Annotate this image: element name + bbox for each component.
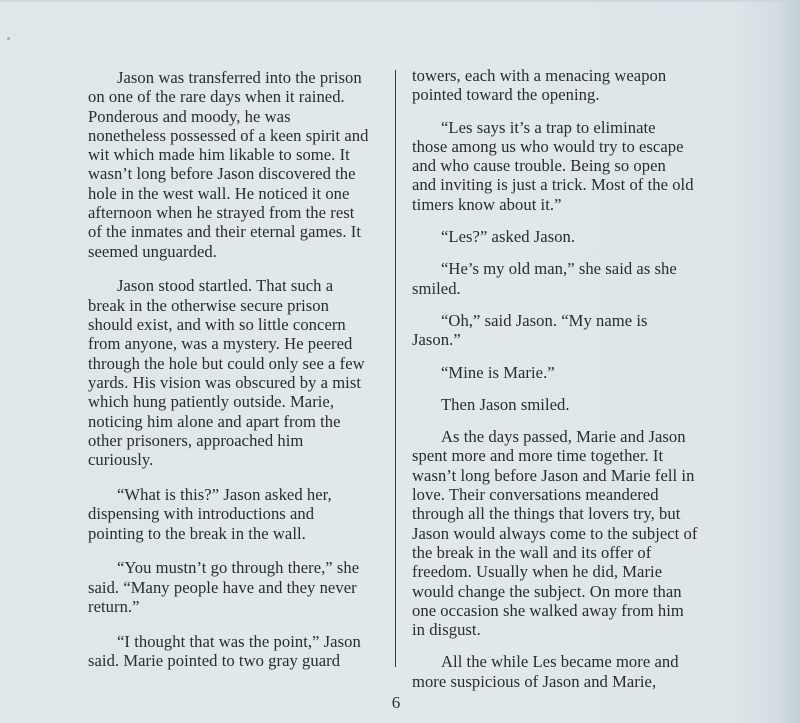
- text-line: through all the things that lovers try, …: [412, 504, 732, 523]
- text-line: through the hole but could only see a fe…: [88, 354, 388, 373]
- text-line: smiled.: [412, 279, 732, 298]
- column-divider: [395, 70, 396, 667]
- text-line: “Les says it’s a trap to eliminate: [412, 118, 732, 137]
- page-number: 6: [0, 693, 792, 713]
- paragraph: As the days passed, Marie and Jason spen…: [412, 427, 732, 639]
- text-line: wasn’t long before Jason discovered the: [88, 164, 388, 183]
- text-line: which hung patiently outside. Marie,: [88, 392, 388, 411]
- text-line: Jason was transferred into the prison: [88, 68, 388, 87]
- text-line: said. “Many people have and they never: [88, 578, 388, 597]
- paper-speck: [7, 37, 10, 40]
- text-line: All the while Les became more and: [412, 652, 732, 671]
- text-line: dispensing with introductions and: [88, 504, 388, 523]
- text-line: love. Their conversations meandered: [412, 485, 732, 504]
- text-line: “Les?” asked Jason.: [412, 227, 732, 246]
- paragraph: “Les?” asked Jason.: [412, 227, 732, 246]
- text-line: “You mustn’t go through there,” she: [88, 558, 388, 577]
- text-line: seemed unguarded.: [88, 242, 388, 261]
- text-line: should exist, and with so little concern: [88, 315, 388, 334]
- paragraph: Then Jason smiled.: [412, 395, 732, 414]
- text-line: afternoon when he strayed from the rest: [88, 203, 388, 222]
- text-line: wit which made him likable to some. It: [88, 145, 388, 164]
- paragraph: “What is this?” Jason asked her, dispens…: [88, 485, 388, 543]
- text-line: said. Marie pointed to two gray guard: [88, 651, 388, 670]
- paragraph: “Les says it’s a trap to eliminate those…: [412, 118, 732, 214]
- text-line: “Mine is Marie.”: [412, 363, 732, 382]
- text-line: on one of the rare days when it rained.: [88, 87, 388, 106]
- text-line: from anyone, was a mystery. He peered: [88, 334, 388, 353]
- text-line: “What is this?” Jason asked her,: [88, 485, 388, 504]
- text-line: towers, each with a menacing weapon: [412, 66, 732, 85]
- text-line: the break in the wall and its offer of: [412, 543, 732, 562]
- left-column: Jason was transferred into the prison on…: [88, 68, 388, 670]
- text-line: one occasion she walked away from him: [412, 601, 732, 620]
- right-column: towers, each with a menacing weapon poin…: [412, 66, 732, 691]
- text-line: Then Jason smiled.: [412, 395, 732, 414]
- text-line: in disgust.: [412, 620, 732, 639]
- text-line: Ponderous and moody, he was: [88, 107, 388, 126]
- text-line: curiously.: [88, 450, 388, 469]
- text-line: return.”: [88, 597, 388, 616]
- book-page: Jason was transferred into the prison on…: [0, 0, 800, 723]
- paragraph-continuation: towers, each with a menacing weapon poin…: [412, 66, 732, 105]
- text-line: yards. His vision was obscured by a mist: [88, 373, 388, 392]
- text-line: pointing to the break in the wall.: [88, 524, 388, 543]
- text-line: spent more and more time together. It: [412, 446, 732, 465]
- text-line: those among us who would try to escape: [412, 137, 732, 156]
- text-line: noticing him alone and apart from the: [88, 412, 388, 431]
- text-line: As the days passed, Marie and Jason: [412, 427, 732, 446]
- text-line: and inviting is just a trick. Most of th…: [412, 175, 732, 194]
- paragraph: “I thought that was the point,” Jason sa…: [88, 632, 388, 671]
- text-line: Jason would always come to the subject o…: [412, 524, 732, 543]
- text-line: timers know about it.”: [412, 195, 732, 214]
- text-line: “Oh,” said Jason. “My name is: [412, 311, 732, 330]
- text-line: break in the otherwise secure prison: [88, 296, 388, 315]
- text-line: freedom. Usually when he did, Marie: [412, 562, 732, 581]
- text-line: “I thought that was the point,” Jason: [88, 632, 388, 651]
- page-top-edge: [0, 0, 800, 3]
- text-line: “He’s my old man,” she said as she: [412, 259, 732, 278]
- text-line: of the inmates and their eternal games. …: [88, 222, 388, 241]
- text-line: nonetheless possessed of a keen spirit a…: [88, 126, 388, 145]
- paragraph: Jason stood startled. That such a break …: [88, 276, 388, 469]
- paragraph: “He’s my old man,” she said as she smile…: [412, 259, 732, 298]
- text-line: more suspicious of Jason and Marie,: [412, 672, 732, 691]
- paragraph: All the while Les became more and more s…: [412, 652, 732, 691]
- paragraph: “Mine is Marie.”: [412, 363, 732, 382]
- text-line: hole in the west wall. He noticed it one: [88, 184, 388, 203]
- paragraph: Jason was transferred into the prison on…: [88, 68, 388, 261]
- text-line: Jason.”: [412, 330, 732, 349]
- text-line: would change the subject. On more than: [412, 582, 732, 601]
- text-line: wasn’t long before Jason and Marie fell …: [412, 466, 732, 485]
- paragraph: “Oh,” said Jason. “My name is Jason.”: [412, 311, 732, 350]
- text-line: and who cause trouble. Being so open: [412, 156, 732, 175]
- text-line: other prisoners, approached him: [88, 431, 388, 450]
- text-line: pointed toward the opening.: [412, 85, 732, 104]
- text-line: Jason stood startled. That such a: [88, 276, 388, 295]
- paragraph: “You mustn’t go through there,” she said…: [88, 558, 388, 616]
